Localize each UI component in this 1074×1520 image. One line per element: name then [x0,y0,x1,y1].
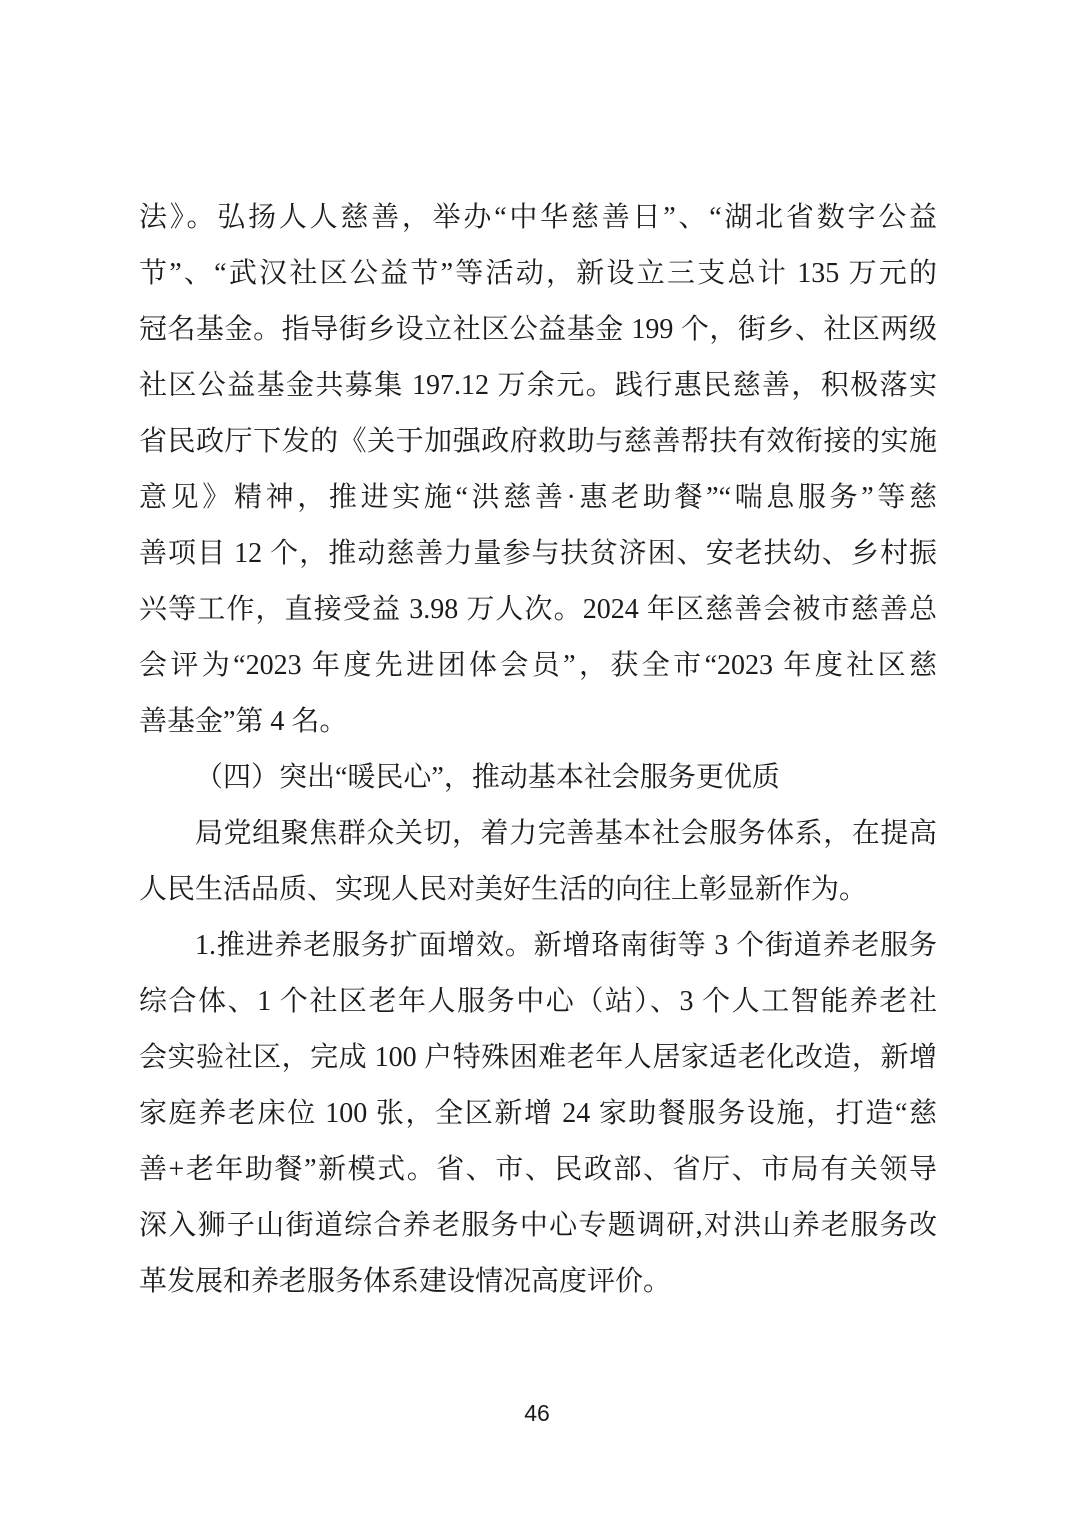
text-block: 法》。弘扬人人慈善，举办“中华慈善日”、“湖北省数字公益 节”、“武汉社区公益节… [139,190,937,1310]
body-line: 意见》精神，推进实施“洪慈善·惠老助餐”“喘息服务”等慈 [139,470,937,526]
body-line: 会实验社区，完成 100 户特殊困难老年人居家适老化改造，新增 [139,1030,937,1086]
body-line: 社区公益基金共募集 197.12 万余元。践行惠民慈善，积极落实 [139,358,937,414]
paragraph-end-line: 善基金”第 4 名。 [139,694,937,750]
paragraph-end-line: 人民生活品质、实现人民对美好生活的向往上彰显新作为。 [139,862,937,918]
body-line: 家庭养老床位 100 张，全区新增 24 家助餐服务设施，打造“慈 [139,1086,937,1142]
body-line: 深入狮子山街道综合养老服务中心专题调研,对洪山养老服务改 [139,1198,937,1254]
paragraph-end-line: 革发展和养老服务体系建设情况高度评价。 [139,1254,937,1310]
page-number: 46 [524,1400,550,1426]
body-line: 冠名基金。指导街乡设立社区公益基金 199 个，街乡、社区两级 [139,302,937,358]
section-heading-4: （四）突出“暖民心”，推动基本社会服务更优质 [139,750,937,806]
body-line: 会评为“2023 年度先进团体会员”，获全市“2023 年度社区慈 [139,638,937,694]
page-footer: 46 [0,1400,1074,1427]
body-line: 节”、“武汉社区公益节”等活动，新设立三支总计 135 万元的 [139,246,937,302]
body-line: 善+老年助餐”新模式。省、市、民政部、省厅、市局有关领导 [139,1142,937,1198]
body-line: 省民政厅下发的《关于加强政府救助与慈善帮扶有效衔接的实施 [139,414,937,470]
body-line: 法》。弘扬人人慈善，举办“中华慈善日”、“湖北省数字公益 [139,190,937,246]
paragraph-start-line: 1.推进养老服务扩面增效。新增珞南街等 3 个街道养老服务 [139,918,937,974]
body-line: 综合体、1 个社区老年人服务中心（站）、3 个人工智能养老社 [139,974,937,1030]
paragraph-start-line: 局党组聚焦群众关切，着力完善基本社会服务体系，在提高 [139,806,937,862]
document-page: 法》。弘扬人人慈善，举办“中华慈善日”、“湖北省数字公益 节”、“武汉社区公益节… [0,0,1074,1520]
body-line: 善项目 12 个，推动慈善力量参与扶贫济困、安老扶幼、乡村振 [139,526,937,582]
body-line: 兴等工作，直接受益 3.98 万人次。2024 年区慈善会被市慈善总 [139,582,937,638]
